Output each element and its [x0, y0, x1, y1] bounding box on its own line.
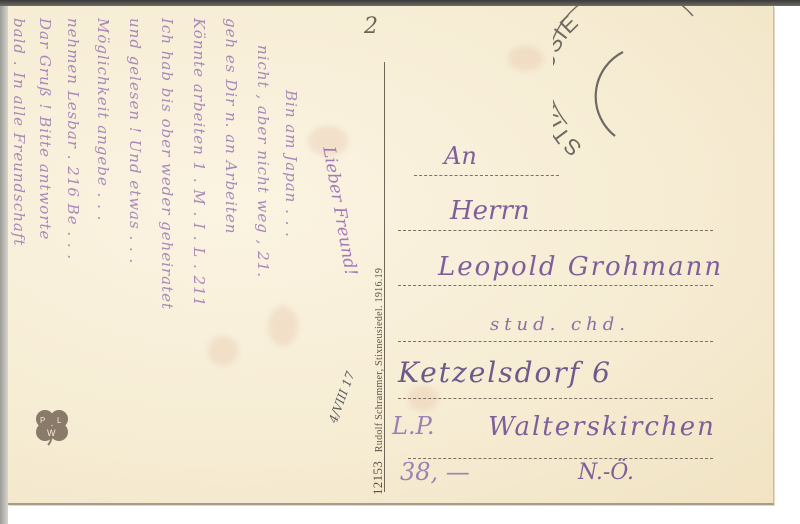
message-line: Möglichkeit angebe . . . — [94, 18, 112, 221]
address-rule — [398, 285, 713, 286]
message-line: geh es Dir n. an Arbeiten — [222, 18, 240, 234]
address-occupation: stud. chd. — [490, 314, 630, 335]
page-number: 2 — [364, 14, 378, 39]
address-town: Walterskirchen — [488, 412, 716, 442]
address-rule — [414, 175, 559, 176]
clover-logo-icon: P L W — [32, 406, 72, 446]
imprint-number: 12153 — [370, 461, 385, 495]
message-line: Dar Gruß ! Bitte antworte — [36, 18, 54, 240]
address-post-prefix: L.P. — [392, 412, 434, 440]
message-line: nicht , aber nicht weg , 21. — [254, 45, 272, 278]
stain — [508, 46, 543, 71]
address-salutation: An — [444, 142, 477, 170]
address-rule — [398, 341, 713, 342]
logo-letter: P — [40, 416, 45, 425]
stain — [268, 306, 298, 346]
message-line: Ich hab bis ober weder geheiratet — [158, 18, 176, 310]
imprint-publisher: Rudolf Schrammer, Stixneusiedel. 1916.19 — [374, 268, 385, 452]
message-line: bald . In alle Freundschaft — [10, 18, 28, 246]
message-line: Bin am Japan . . . — [282, 90, 300, 238]
svg-text:STIXNEUSIE: STIXNEUSIE — [553, 9, 586, 156]
message-line: Könnte arbeiten 1 . M . I . L . 211 — [190, 18, 208, 307]
scan-edge-left — [0, 6, 8, 524]
address-rule — [398, 398, 713, 399]
address-region: N.-Ö. — [578, 460, 634, 485]
message-line: nehmen Lesbar . 216 Be . . . — [64, 18, 82, 260]
address-street: Ketzelsdorf 6 — [398, 356, 612, 389]
address-title: Herrn — [450, 196, 530, 226]
stain — [208, 336, 238, 366]
logo-letter: W — [47, 428, 56, 438]
message-line: und gelesen ! Und etwas . . . — [126, 18, 144, 264]
address-name: Leopold Grohmann — [438, 252, 723, 282]
logo-letter: L — [57, 416, 62, 425]
address-note: 38, — — [400, 458, 470, 486]
postmark-stamp: STIXNEUSIE — [553, 6, 703, 156]
address-rule — [398, 230, 713, 231]
postmark-text: STIXNEUSIE — [553, 9, 586, 156]
printed-imprint: 12153 Rudolf Schrammer, Stixneusiedel. 1… — [370, 268, 386, 495]
